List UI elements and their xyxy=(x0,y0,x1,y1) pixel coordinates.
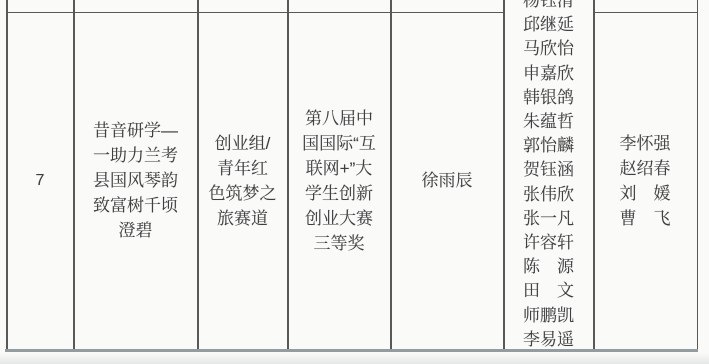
advisors-cell: 李怀强 赵绍春 刘 媛 曹 飞 xyxy=(594,12,696,349)
row-divider-line xyxy=(593,12,697,13)
table-grid-vline xyxy=(73,0,75,350)
serial-number-cell: 7 xyxy=(7,12,73,349)
table-grid-vline xyxy=(503,0,505,350)
page-edge-shadow xyxy=(0,353,709,364)
leader-cell: 徐雨辰 xyxy=(391,12,503,349)
row-divider-line xyxy=(6,12,503,13)
table-grid-vline xyxy=(593,0,595,350)
table-grid-vline xyxy=(287,0,289,350)
table-grid-vline xyxy=(390,0,392,350)
scanned-table-page: 7 昔音研学— 一助力兰考 县国风琴韵 致富树千顷 澄碧 创业组/ 青年红 色筑… xyxy=(0,0,709,364)
table-bottom-border xyxy=(5,349,698,352)
table-grid-vline xyxy=(6,0,8,350)
award-cell: 第八届中 国国际“互 联网+”大 学生创新 创业大赛 三等奖 xyxy=(288,12,390,349)
track-cell: 创业组/ 青年红 色筑梦之 旅赛道 xyxy=(198,12,287,349)
table-grid-vline xyxy=(197,0,199,350)
project-name-cell: 昔音研学— 一助力兰考 县国风琴韵 致富树千顷 澄碧 xyxy=(74,12,197,349)
members-cell: 杨钰清 邱继延 马欣怡 申嘉欣 韩银鸽 朱蕴哲 郭怡麟 贺钰涵 张伟欣 张一凡 … xyxy=(504,0,593,352)
table-grid-vline xyxy=(697,0,699,350)
